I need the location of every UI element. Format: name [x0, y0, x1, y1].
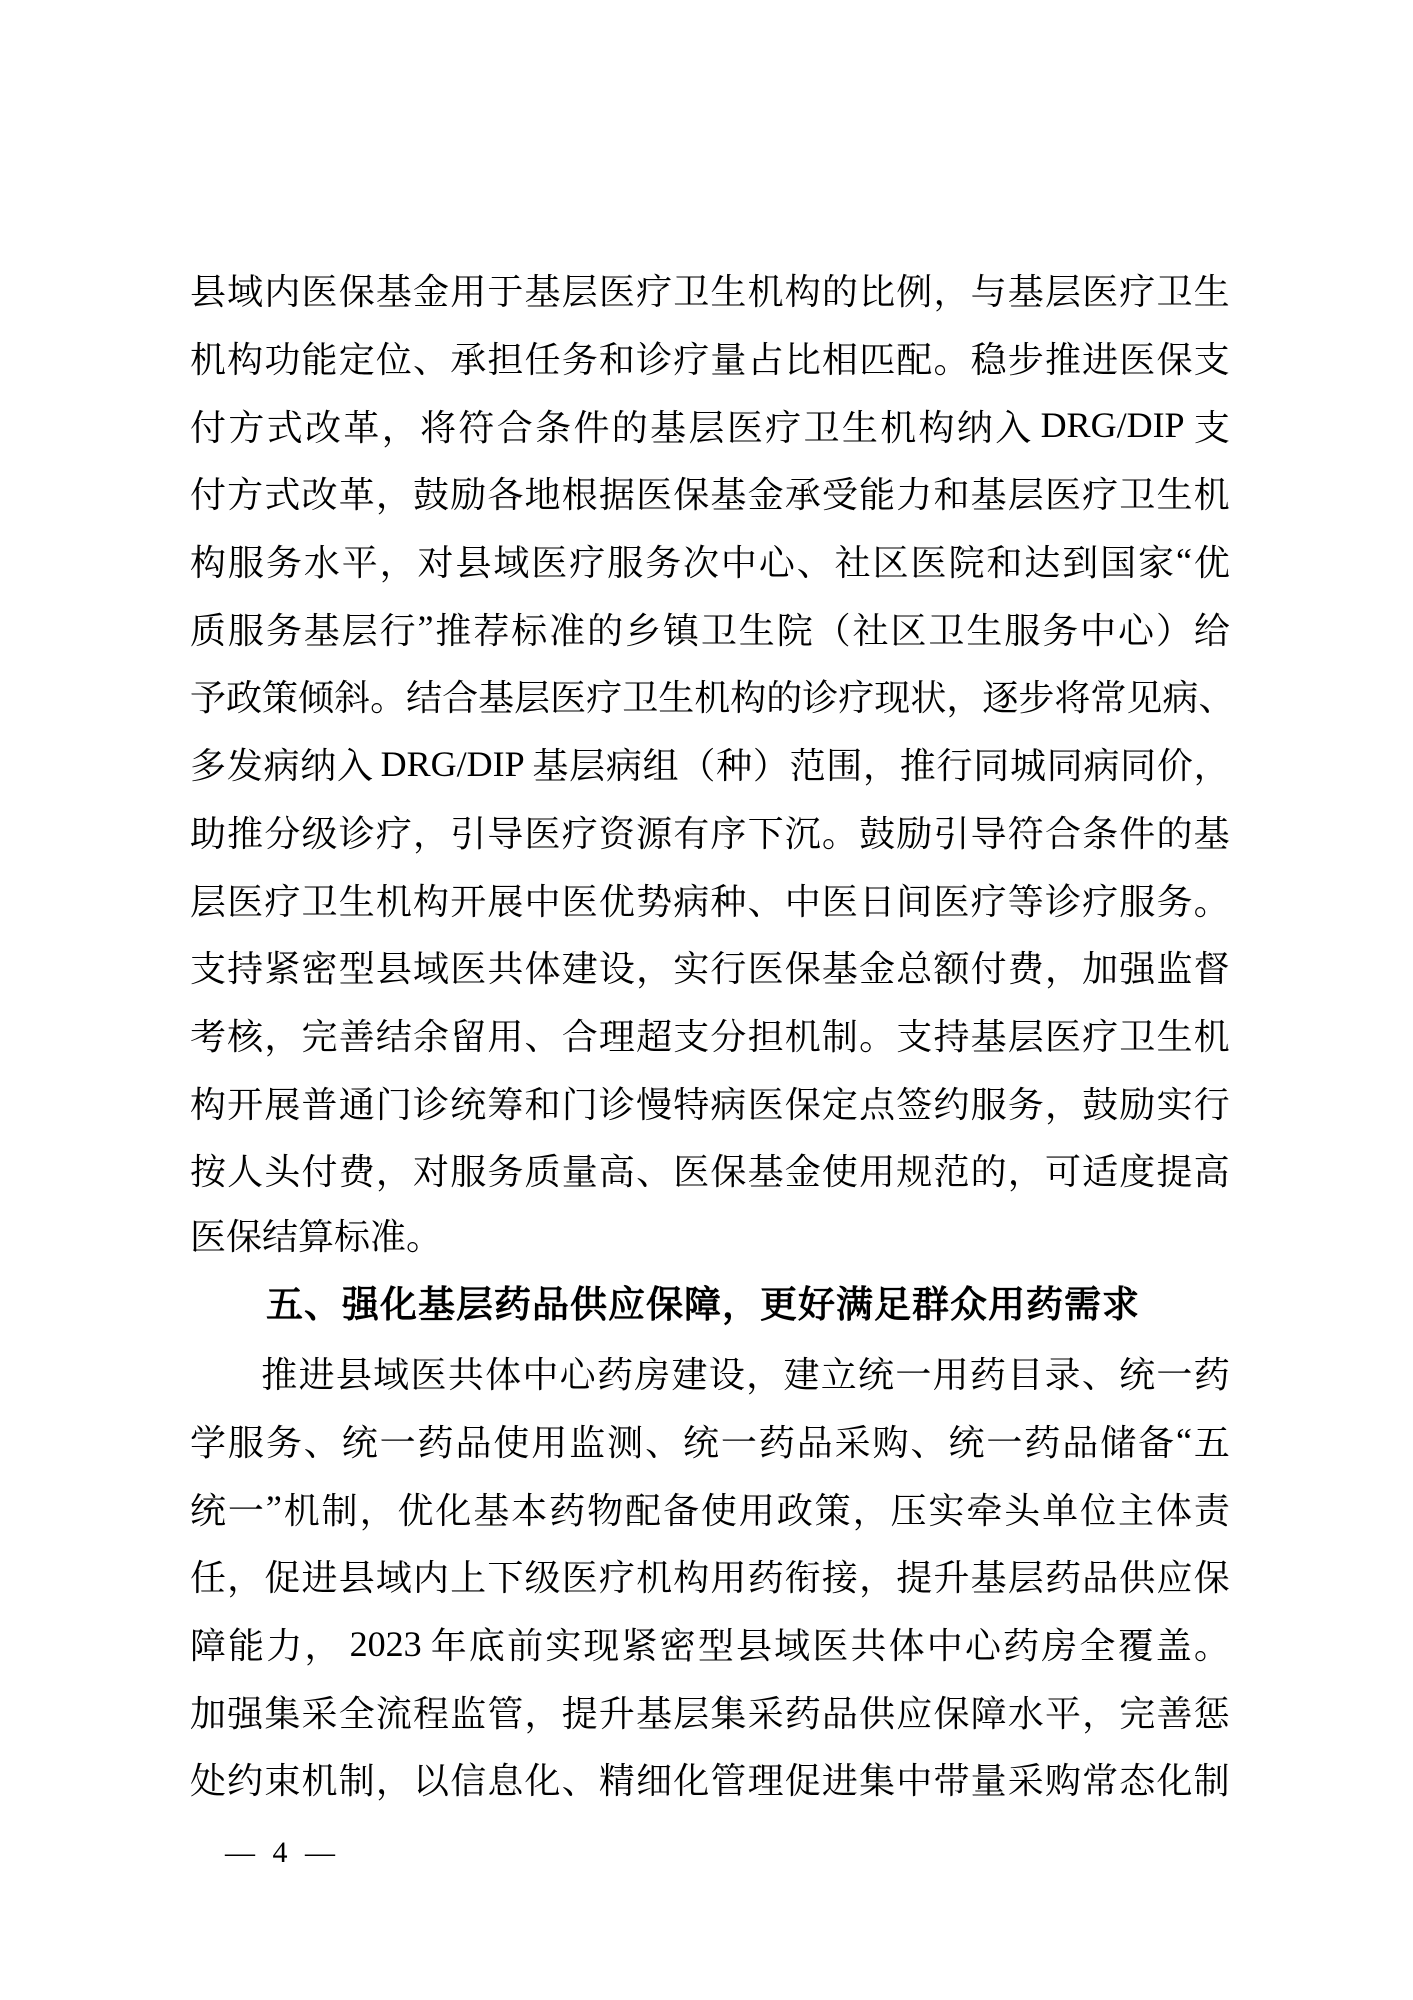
- text-line: 构开展普通门诊统筹和门诊慢特病医保定点签约服务，鼓励实行: [190, 1068, 1230, 1136]
- text-line: 层医疗卫生机构开展中医优势病种、中医日间医疗等诊疗服务。: [190, 865, 1230, 933]
- text-line: 统一”机制，优化基本药物配备使用政策，压实牵头单位主体责: [190, 1474, 1230, 1542]
- text-line: 推进县域医共体中心药房建设，建立统一用药目录、统一药: [190, 1339, 1230, 1407]
- text-line: 助推分级诊疗，引导医疗资源有序下沉。鼓励引导符合条件的基: [190, 798, 1230, 866]
- text-line: 县域内医保基金用于基层医疗卫生机构的比例，与基层医疗卫生: [190, 256, 1230, 324]
- text-line: 多发病纳入DRG/DIP基层病组（种）范围，推行同城同病同价，: [190, 730, 1230, 798]
- page-number: — 4 —: [225, 1836, 340, 1870]
- text-line: 付方式改革，鼓励各地根据医保基金承受能力和基层医疗卫生机: [190, 459, 1230, 527]
- text-line: 机构功能定位、承担任务和诊疗量占比相匹配。稳步推进医保支: [190, 324, 1230, 392]
- document-page: 县域内医保基金用于基层医疗卫生机构的比例，与基层医疗卫生机构功能定位、承担任务和…: [0, 0, 1413, 2000]
- text-line: 障能力，2023年底前实现紧密型县域医共体中心药房全覆盖。: [190, 1610, 1230, 1678]
- text-line: 处约束机制，以信息化、精细化管理促进集中带量采购常态化制: [190, 1745, 1230, 1813]
- text-line: 任，促进县域内上下级医疗机构用药衔接，提升基层药品供应保: [190, 1542, 1230, 1610]
- text-line: 学服务、统一药品使用监测、统一药品采购、统一药品储备“五: [190, 1407, 1230, 1475]
- text-line: 予政策倾斜。结合基层医疗卫生机构的诊疗现状，逐步将常见病、: [190, 662, 1230, 730]
- text-line: 构服务水平，对县域医疗服务次中心、社区医院和达到国家“优: [190, 527, 1230, 595]
- text-line: 付方式改革，将符合条件的基层医疗卫生机构纳入DRG/DIP支: [190, 391, 1230, 459]
- text-line: 医保结算标准。: [190, 1204, 1230, 1272]
- text-line: 按人头付费，对服务质量高、医保基金使用规范的，可适度提高: [190, 1136, 1230, 1204]
- text-line: 考核，完善结余留用、合理超支分担机制。支持基层医疗卫生机: [190, 1001, 1230, 1069]
- section-heading: 五、强化基层药品供应保障，更好满足群众用药需求: [190, 1271, 1230, 1339]
- text-line: 质服务基层行”推荐标准的乡镇卫生院（社区卫生服务中心）给: [190, 594, 1230, 662]
- text-line: 加强集采全流程监管，提升基层集采药品供应保障水平，完善惩: [190, 1677, 1230, 1745]
- document-body: 县域内医保基金用于基层医疗卫生机构的比例，与基层医疗卫生机构功能定位、承担任务和…: [190, 256, 1230, 1813]
- text-line: 支持紧密型县域医共体建设，实行医保基金总额付费，加强监督: [190, 933, 1230, 1001]
